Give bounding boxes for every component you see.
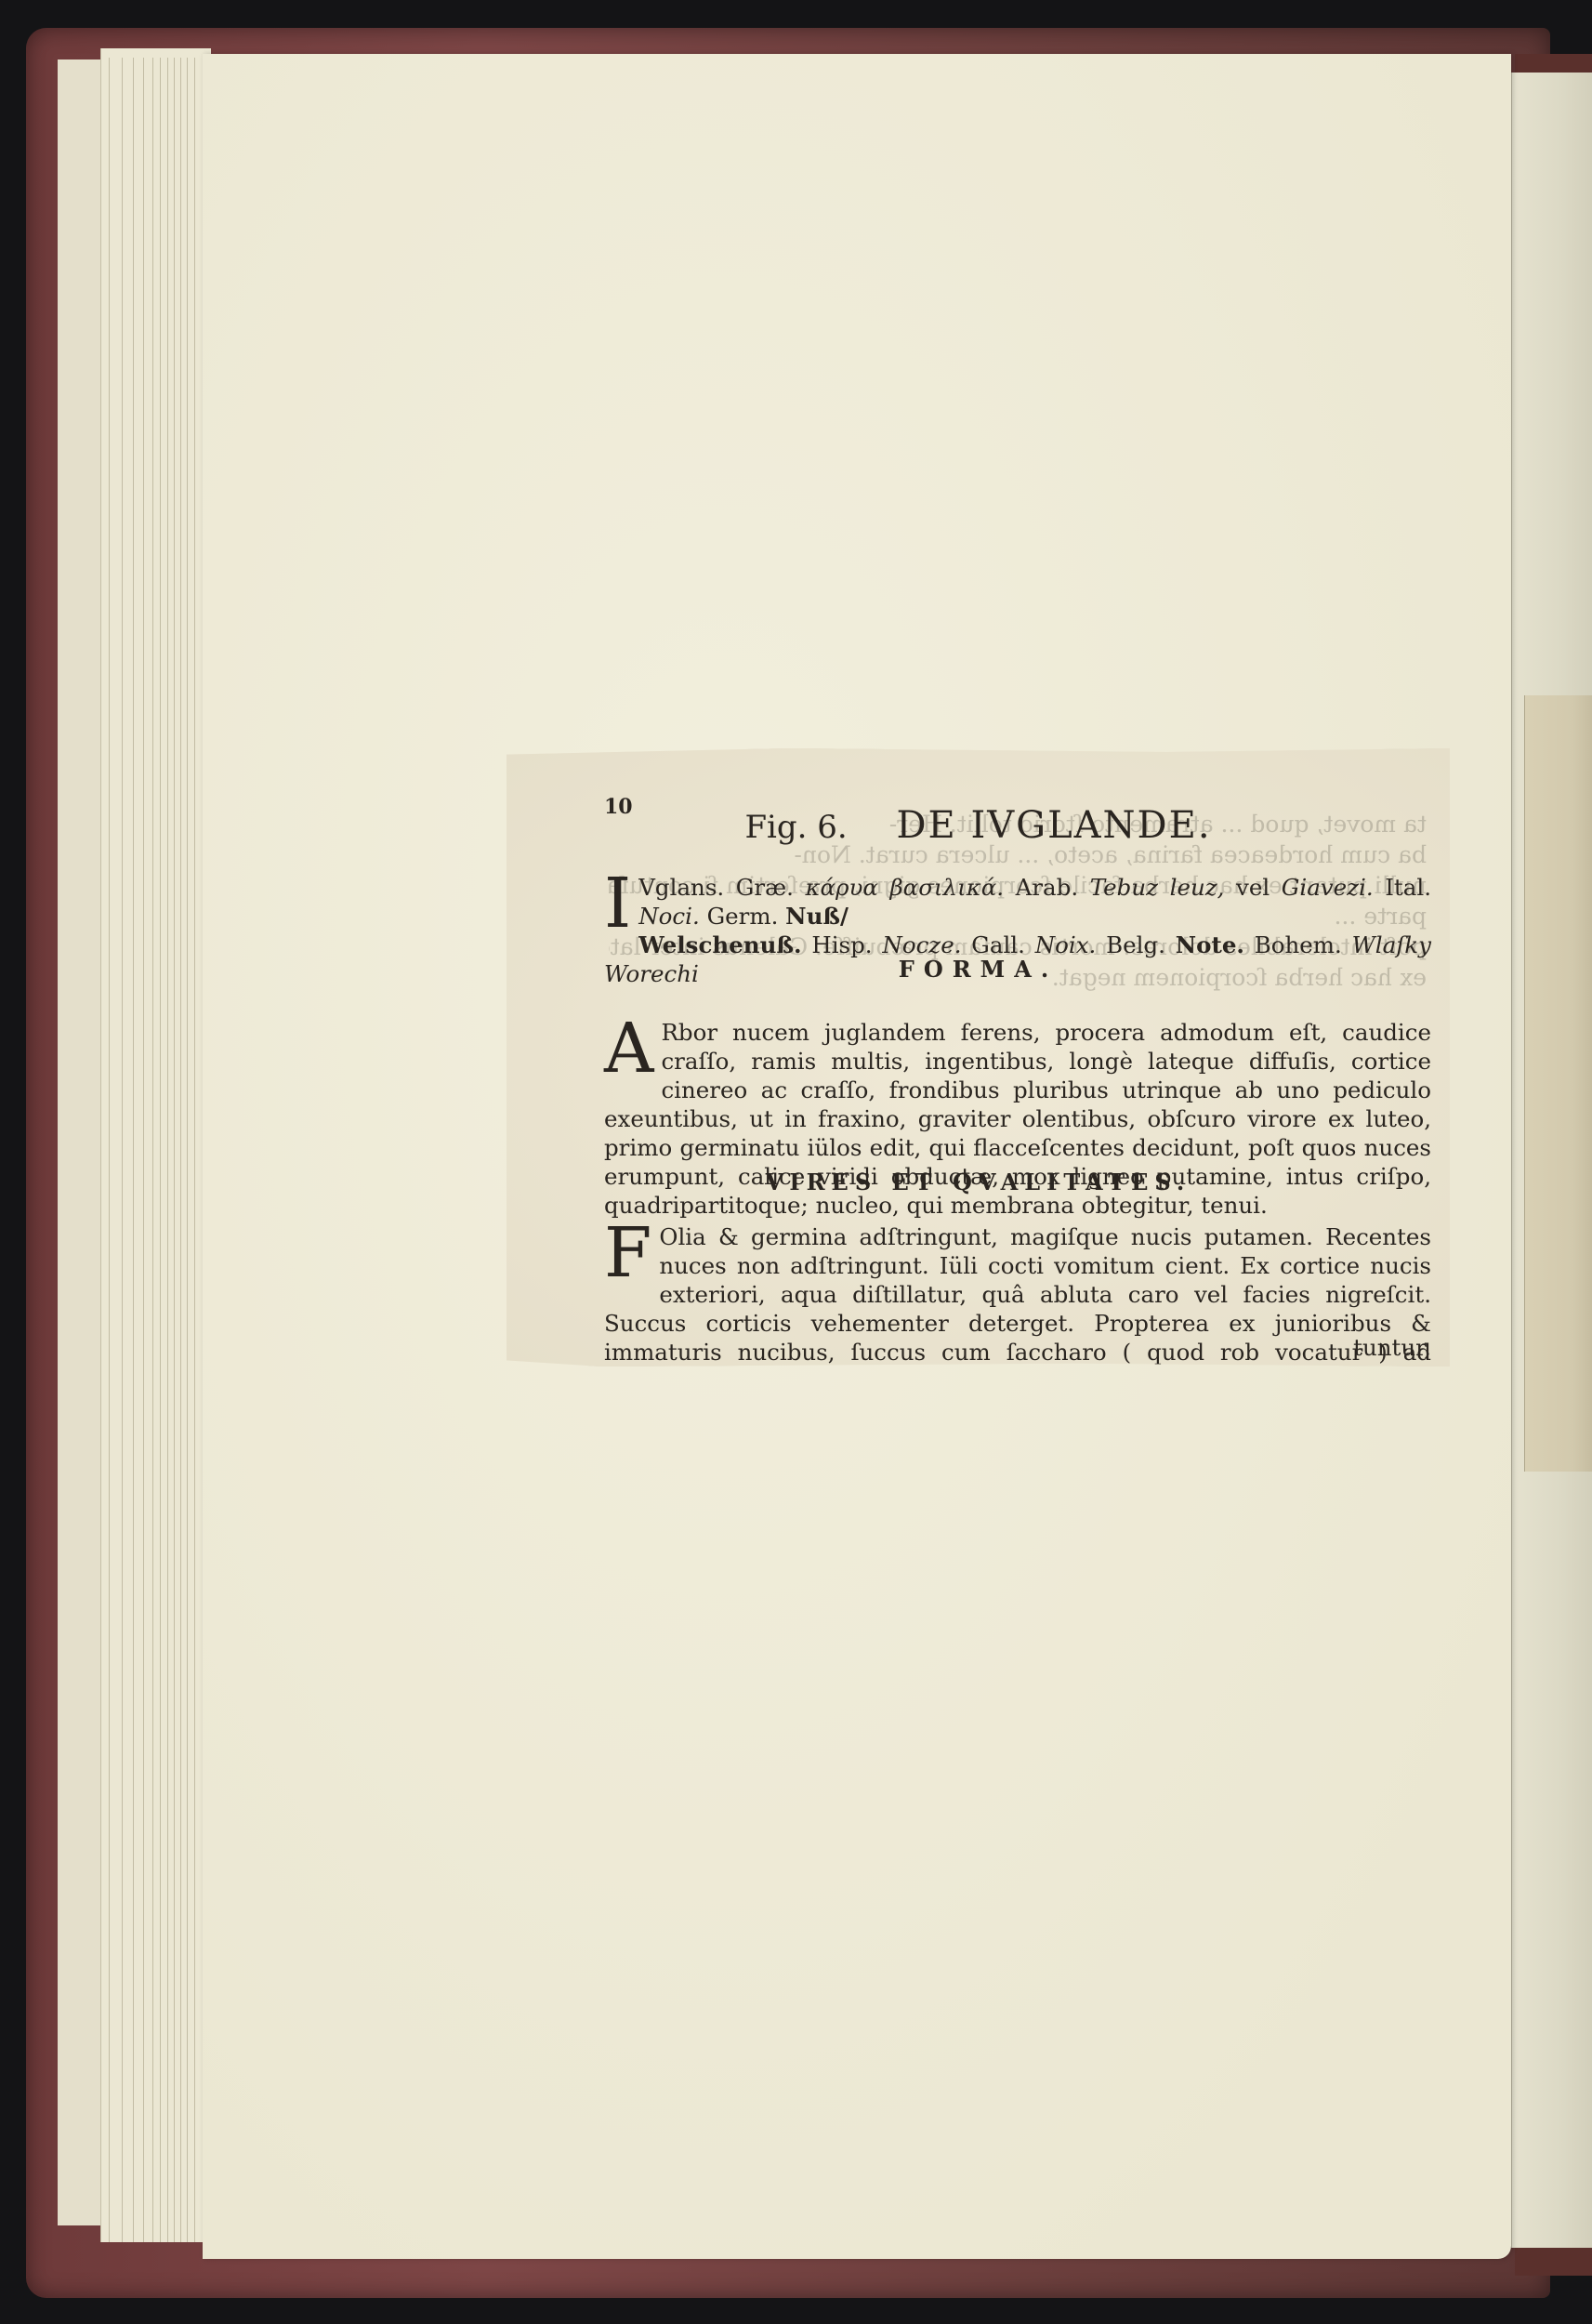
- vires-heading: VIRES ET QVALITATES.: [507, 1169, 1450, 1195]
- leaf-edge: [122, 58, 123, 2242]
- name-segment: Tebuz leuz,: [1090, 874, 1225, 901]
- name-segment: Bohem.: [1244, 931, 1352, 958]
- name-segment: Græ.: [724, 874, 805, 901]
- dropcap-f: F: [604, 1224, 651, 1282]
- dropcap-i: I: [604, 875, 631, 932]
- leaf-edge: [194, 58, 195, 2242]
- leaf-edge: [167, 58, 168, 2242]
- entry-title: DE IVGLANDE.: [896, 804, 1211, 847]
- pasted-clipping: ta movet, quod ... atramento ſtorio toll…: [507, 748, 1450, 1367]
- name-segment: Giavezi.: [1282, 874, 1374, 901]
- name-segment: Ital.: [1374, 874, 1431, 901]
- names-line-1: Vglans. Græ. κάρυα βασιλικά. Arab. Tebuz…: [604, 873, 1431, 931]
- leaf-edge: [109, 58, 110, 2242]
- facing-page-tab: [1524, 695, 1592, 1472]
- name-segment: Hisp.: [802, 931, 883, 958]
- forma-heading: FORMA.: [507, 956, 1450, 983]
- leaf-edge: [180, 58, 181, 2242]
- name-segment: Note.: [1176, 931, 1244, 958]
- name-segment: vel: [1224, 874, 1281, 901]
- leaf-edge: [152, 58, 153, 2242]
- entry-title-row: Fig. 6. DE IVGLANDE.: [507, 804, 1450, 847]
- name-segment: Gall.: [961, 931, 1034, 958]
- leaf-edge: [143, 58, 144, 2242]
- name-segment: Nocze.: [882, 931, 961, 958]
- figure-label: Fig. 6.: [744, 809, 847, 846]
- name-segment: Germ.: [700, 903, 785, 930]
- name-segment: Noci.: [638, 903, 700, 930]
- name-segment: Belg.: [1096, 931, 1175, 958]
- name-segment: Noix.: [1035, 931, 1097, 958]
- page-stack-left: [100, 48, 211, 2242]
- name-segment: Nuß/: [785, 903, 849, 930]
- leaf-edge: [187, 58, 188, 2242]
- name-segment: κάρυα βασιλικά.: [805, 874, 1004, 901]
- name-segment: Arab.: [1004, 874, 1090, 901]
- leaf-edge: [133, 58, 134, 2242]
- leaf-edge: [160, 58, 161, 2242]
- name-segment: Welschenuß.: [638, 931, 801, 958]
- leaf-edge: [174, 58, 175, 2242]
- catchword: tuntur,: [1353, 1334, 1431, 1361]
- name-segment: Vglans.: [638, 874, 724, 901]
- dropcap-a: A: [604, 1020, 653, 1077]
